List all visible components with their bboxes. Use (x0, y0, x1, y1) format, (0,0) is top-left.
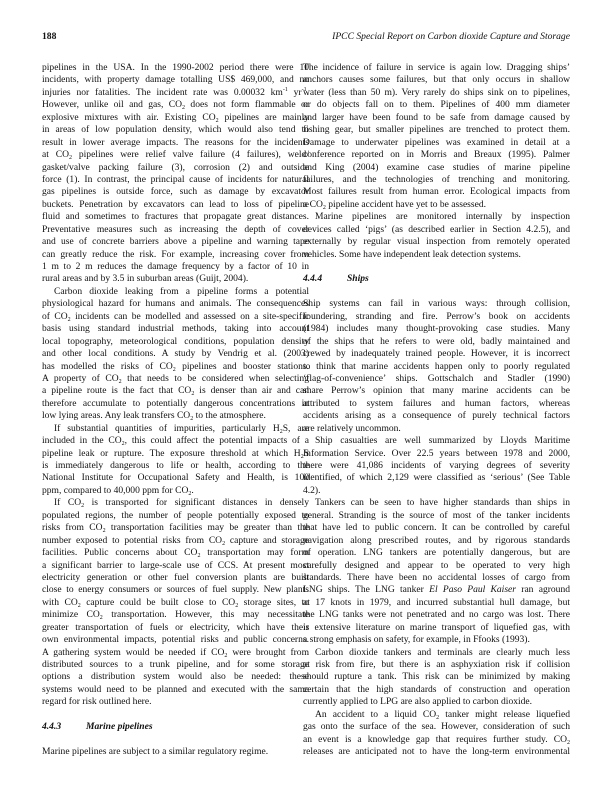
text-line: pipelines in the USA. In the 1990-2002 p… (42, 62, 309, 74)
text-line: and larger have been found to be safe fr… (303, 112, 570, 124)
text-line: A property of CO2 that needs to be consi… (42, 373, 309, 385)
text-line: should rupture a tank. This risk can be … (303, 671, 570, 683)
text-line: at 17 knots in 1979, and incurred substa… (303, 597, 570, 609)
text-line: The incidence of failure in service is a… (303, 62, 570, 74)
text-line: of operation. LNG tankers are potentiall… (303, 547, 570, 559)
text-line: physiological hazard for humans and anim… (42, 298, 309, 310)
text-line: externally by regular visual inspection … (303, 236, 570, 248)
text-line: LNG ships. The LNG tanker El Paso Paul K… (303, 584, 570, 596)
paragraph: The incidence of failure in service is a… (303, 62, 570, 211)
text-line: an event is a knowledge gap that require… (303, 734, 570, 746)
text-line: If substantial quantities of impurities,… (42, 423, 309, 435)
text-line: Marine pipelines are subject to a simila… (42, 746, 309, 758)
text-line: gas onto the surface of the sea. However… (303, 721, 570, 733)
text-line: number exposed to potential risks from C… (42, 535, 309, 547)
text-line: included in the CO2, this could affect t… (42, 435, 309, 447)
text-line: at CO2 pipelines were relief valve failu… (42, 149, 309, 161)
section-title: Ships (347, 273, 369, 284)
page-number: 188 (42, 30, 56, 44)
text-line: buckets. Penetration by excavators can l… (42, 199, 309, 211)
paragraph: Marine pipelines are monitored internall… (303, 211, 570, 261)
text-line: attributed to system failures and human … (303, 398, 570, 410)
left-column: pipelines in the USA. In the 1990-2002 p… (42, 62, 309, 759)
spacer (303, 261, 570, 273)
text-line: is immediately dangerous to life or heal… (42, 460, 309, 472)
text-line: own environmental impacts, potential ris… (42, 634, 309, 646)
paragraph: Carbon dioxide tankers and terminals are… (303, 647, 570, 709)
text-line: accidents arising as a consequence of pu… (303, 410, 570, 422)
text-line: and King (2004) examine case studies of … (303, 162, 570, 174)
text-line: fluid and sometimes to fractures that pr… (42, 211, 309, 223)
text-line: a CO2 pipeline accident have yet to be a… (303, 199, 570, 211)
text-line: fishing gear, but smaller pipelines are … (303, 124, 570, 136)
text-line: and use of concrete barriers above a pip… (42, 236, 309, 248)
text-line: can greatly reduce the risk. For example… (42, 249, 309, 261)
section-number: 4.4.4 (303, 273, 347, 285)
paragraph: Tankers can be seen to have higher stand… (303, 497, 570, 646)
text-line: and other local conditions. A study by V… (42, 348, 309, 360)
text-line: risks from CO2 transportation facilities… (42, 522, 309, 534)
text-line: navigation along prescribed routes, and … (303, 535, 570, 547)
text-line: Preventative measures such as increasing… (42, 224, 309, 236)
text-line: anchors causes some failures, but that o… (303, 74, 570, 86)
text-line: are relatively uncommon. (303, 423, 570, 435)
text-line: share Perrow’s opinion that many marine … (303, 385, 570, 397)
text-line: A gathering system would be needed if CO… (42, 647, 309, 659)
text-line: ‘flag-of-convenience’ ships. Gottschalch… (303, 373, 570, 385)
right-column: The incidence of failure in service is a… (303, 62, 570, 759)
text-line: identified, of which 2,129 were classifi… (303, 472, 570, 484)
text-line: of the ships that he refers to were old,… (303, 336, 570, 348)
text-line: conference reported on in Morris and Bre… (303, 149, 570, 161)
text-line: options a distribution system would also… (42, 671, 309, 683)
section-title: Marine pipelines (86, 721, 153, 732)
text-line: minimize CO2 transportation. However, th… (42, 609, 309, 621)
text-line: has modelled the risks of CO2 pipelines … (42, 361, 309, 373)
text-line: with CO2 capture could be built close to… (42, 597, 309, 609)
text-line: force (1). In contrast, the principal ca… (42, 174, 309, 186)
text-line: local topography, meteorological conditi… (42, 336, 309, 348)
text-line: Damage to underwater pipelines was exami… (303, 137, 570, 149)
report-title: IPCC Special Report on Carbon dioxide Ca… (332, 30, 570, 44)
paragraph: If substantial quantities of impurities,… (42, 423, 309, 498)
text-line: incidents, with property damage totallin… (42, 74, 309, 86)
spacer (303, 286, 570, 298)
text-line: Ship systems can fail in various ways: t… (303, 298, 570, 310)
text-line: in areas of low population density, whic… (42, 124, 309, 136)
paragraph: Ship systems can fail in various ways: t… (303, 298, 570, 435)
text-line: populated regions, the number of people … (42, 510, 309, 522)
text-line: Carbon dioxide leaking from a pipeline f… (42, 286, 309, 298)
paragraph: If CO2 is transported for significant di… (42, 497, 309, 708)
text-line: close to energy consumers or sources of … (42, 584, 309, 596)
spacer (42, 734, 309, 746)
text-line: pipeline leak or rupture. The exposure t… (42, 448, 309, 460)
running-header: 188 IPCC Special Report on Carbon dioxid… (42, 30, 570, 44)
paragraph: Ship casualties are well summarized by L… (303, 435, 570, 497)
spacer (42, 709, 309, 721)
paragraph: pipelines in the USA. In the 1990-2002 p… (42, 62, 309, 286)
text-line: is extensive literature on marine transp… (303, 622, 570, 634)
text-line: However, unlike oil and gas, CO2 does no… (42, 99, 309, 111)
text-line: facilities. Public concerns about CO2 tr… (42, 547, 309, 559)
text-line: water (less than 50 m). Very rarely do s… (303, 87, 570, 99)
text-line: devices called ‘pigs’ (as described earl… (303, 224, 570, 236)
text-line: therefore accumulate to potentially dang… (42, 398, 309, 410)
text-line: carefully designed and appear to be oper… (303, 560, 570, 572)
text-line: the LNG tanks were not penetrated and no… (303, 609, 570, 621)
text-line: regard for risk outlined here. (42, 696, 309, 708)
text-line: low lying areas. Any leak transfers CO2 … (42, 410, 309, 422)
text-line: basis using standard industrial methods,… (42, 323, 309, 335)
text-line: distributed sources to a trunk pipeline,… (42, 659, 309, 671)
text-line: foundering, stranding and fire. Perrow’s… (303, 311, 570, 323)
text-line: that have led to public concern. It can … (303, 522, 570, 534)
text-line: a pipeline route is the fact that CO2 is… (42, 385, 309, 397)
paragraph: Carbon dioxide leaking from a pipeline f… (42, 286, 309, 423)
text-line: gas pipelines is outside force, such as … (42, 186, 309, 198)
text-line: vehicles. Some have independent leak det… (303, 249, 570, 261)
text-line: 1 m to 2 m reduces the damage frequency … (42, 261, 309, 273)
text-line: general. Stranding is the source of most… (303, 510, 570, 522)
text-line: of CO2 incidents can be modelled and ass… (42, 311, 309, 323)
section-heading-4-4-3: 4.4.3Marine pipelines (42, 721, 309, 733)
text-line: 4.2). (303, 485, 570, 497)
paragraph: Marine pipelines are subject to a simila… (42, 746, 309, 758)
text-line: An accident to a liquid CO2 tanker might… (303, 709, 570, 721)
text-line: or do objects fall on to them. Pipelines… (303, 99, 570, 111)
text-line: injuries nor fatalities. The incident ra… (42, 87, 309, 99)
text-line: Carbon dioxide tankers and terminals are… (303, 647, 570, 659)
section-number: 4.4.3 (42, 721, 86, 733)
text-line: systems would need to be planned and exe… (42, 684, 309, 696)
text-line: there were 41,086 incidents of varying d… (303, 460, 570, 472)
text-line: certain that the high standards of const… (303, 684, 570, 696)
text-line: electricity generation or other fuel con… (42, 572, 309, 584)
text-line: failures, and the technologies of trench… (303, 174, 570, 186)
text-line: crewed by inadequately trained people. H… (303, 348, 570, 360)
text-line: currently applied to LPG are also applie… (303, 696, 570, 708)
paragraph: An accident to a liquid CO2 tanker might… (303, 709, 570, 759)
text-line: gasket/valve packing failure (3), corros… (42, 162, 309, 174)
text-line: result in lower average impacts. The rea… (42, 137, 309, 149)
text-line: standards. There have been no accidental… (303, 572, 570, 584)
text-line: ppm, compared to 40,000 ppm for CO2. (42, 485, 309, 497)
text-line: greater transportation of fuels or elect… (42, 622, 309, 634)
text-line: Tankers can be seen to have higher stand… (303, 497, 570, 509)
text-line: Marine pipelines are monitored internall… (303, 211, 570, 223)
text-line: at risk from fire, but there is an asphy… (303, 659, 570, 671)
text-line: Ship casualties are well summarized by L… (303, 435, 570, 447)
text-line: a strong emphasis on safety, for example… (303, 634, 570, 646)
text-line: a significant barrier to large-scale use… (42, 560, 309, 572)
text-line: releases are anticipated not to have the… (303, 746, 570, 758)
text-line: Information Service. Over 22.5 years bet… (303, 448, 570, 460)
text-line: If CO2 is transported for significant di… (42, 497, 309, 509)
text-line: rural areas and by 3.5 in suburban areas… (42, 273, 309, 285)
text-line: Most failures result from human error. E… (303, 186, 570, 198)
text-line: (1984) includes many thought-provoking c… (303, 323, 570, 335)
text-line: National Institute for Occupational Safe… (42, 472, 309, 484)
text-line: to think that marine accidents happen on… (303, 361, 570, 373)
text-line: explosive mixtures with air. Existing CO… (42, 112, 309, 124)
section-heading-4-4-4: 4.4.4Ships (303, 273, 570, 285)
